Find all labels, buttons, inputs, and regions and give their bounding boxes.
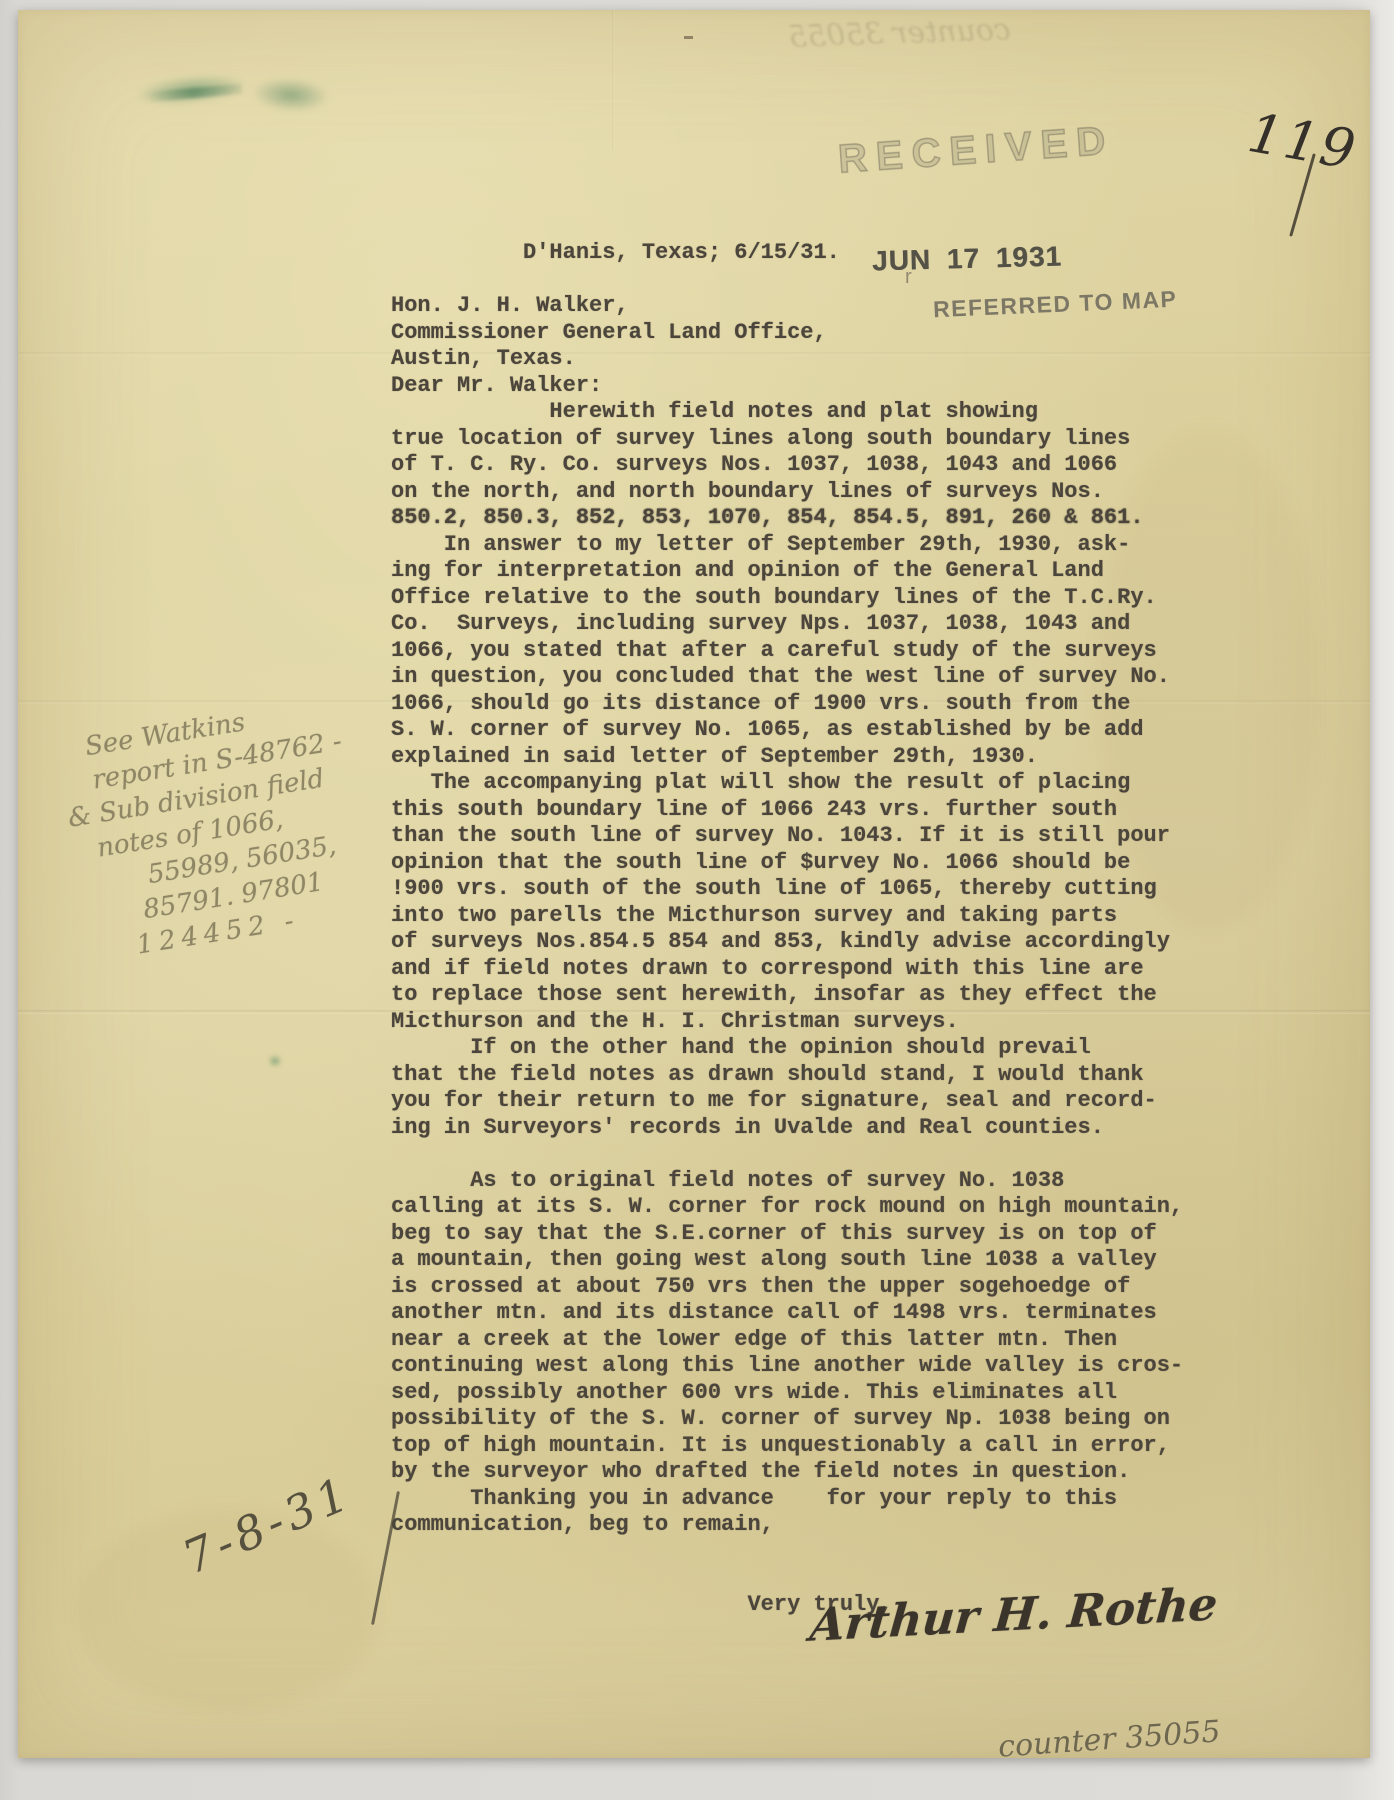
text-line: communication, beg to remain, <box>391 1512 1183 1539</box>
text-line: that the field notes as drawn should sta… <box>391 1062 1183 1089</box>
text-line: Herewith field notes and plat showing <box>391 399 1183 426</box>
text-line: In answer to my letter of September 29th… <box>391 532 1183 559</box>
text-line: is crossed at about 750 vrs then the upp… <box>391 1274 1183 1301</box>
text-line: Dear Mr. Walker: <box>391 373 1183 400</box>
text-line: If on the other hand the opinion should … <box>391 1035 1183 1062</box>
text-line: 850.2, 850.3, 852, 853, 1070, 854, 854.5… <box>391 505 1183 532</box>
text-line: Commissioner General Land Office, <box>391 320 1183 347</box>
text-line: D'Hanis, Texas; 6/15/31. <box>391 240 1183 267</box>
text-line: to replace those sent herewith, insofar … <box>391 982 1183 1009</box>
text-line: than the south line of survey No. 1043. … <box>391 823 1183 850</box>
text-line: Micthurson and the H. I. Christman surve… <box>391 1009 1183 1036</box>
text-line: you for their return to me for signature… <box>391 1088 1183 1115</box>
text-line: Austin, Texas. <box>391 346 1183 373</box>
stray-ink-dash <box>684 36 693 39</box>
text-line: Co. Surveys, including survey Nps. 1037,… <box>391 611 1183 638</box>
margin-note: See Watkinsreport in S-48762 -& Sub divi… <box>55 685 408 970</box>
text-line: !900 vrs. south of the south line of 106… <box>391 876 1183 903</box>
text-line: this south boundary line of 1066 243 vrs… <box>391 797 1183 824</box>
text-line: true location of survey lines along sout… <box>391 426 1183 453</box>
letter-body: D'Hanis, Texas; 6/15/31.Hon. J. H. Walke… <box>391 240 1183 1618</box>
text-line: of surveys Nos.854.5 854 and 853, kindly… <box>391 929 1183 956</box>
text-line: possibility of the S. W. corner of surve… <box>391 1406 1183 1433</box>
text-line <box>391 1539 1183 1566</box>
text-line: 1066, should go its distance of 1900 vrs… <box>391 691 1183 718</box>
text-line: top of high mountain. It is unquestionab… <box>391 1433 1183 1460</box>
text-line: another mtn. and its distance call of 14… <box>391 1300 1183 1327</box>
text-line: on the north, and north boundary lines o… <box>391 479 1183 506</box>
text-line: calling at its S. W. corner for rock mou… <box>391 1194 1183 1221</box>
fold-crease <box>612 10 615 150</box>
text-line <box>391 1141 1183 1168</box>
text-line: by the surveyor who drafted the field no… <box>391 1459 1183 1486</box>
text-line: of T. C. Ry. Co. surveys Nos. 1037, 1038… <box>391 452 1183 479</box>
text-line <box>391 267 1183 294</box>
text-line: sed, possibly another 600 vrs wide. This… <box>391 1380 1183 1407</box>
text-line: near a creek at the lower edge of this l… <box>391 1327 1183 1354</box>
text-line: a mountain, then going west along south … <box>391 1247 1183 1274</box>
bleed-through-text: counter 35055 <box>787 12 1011 55</box>
text-line: beg to say that the S.E.corner of this s… <box>391 1221 1183 1248</box>
text-line: into two parells the Micthurson survey a… <box>391 903 1183 930</box>
letter-document: counter 35055 119 RECEIVED JUN 17 1931 R… <box>18 10 1370 1758</box>
received-stamp: RECEIVED <box>837 118 1116 182</box>
text-line: ing in Surveyors' records in Uvalde and … <box>391 1115 1183 1142</box>
text-line: Hon. J. H. Walker, <box>391 293 1183 320</box>
green-smudge <box>268 1055 282 1067</box>
text-line: The accompanying plat will show the resu… <box>391 770 1183 797</box>
text-line: continuing west along this line another … <box>391 1353 1183 1380</box>
text-line: explained in said letter of September 29… <box>391 744 1183 771</box>
counter-number-annotation: counter 35055 <box>997 1714 1222 1764</box>
text-line: S. W. corner of survey No. 1065, as esta… <box>391 717 1183 744</box>
text-line: in question, you concluded that the west… <box>391 664 1183 691</box>
green-smudge <box>251 75 331 114</box>
text-line: Thanking you in advance for your reply t… <box>391 1486 1183 1513</box>
text-line: opinion that the south line of $urvey No… <box>391 850 1183 877</box>
page-number-annotation: 119 <box>1243 101 1361 182</box>
text-line: ing for interpretation and opinion of th… <box>391 558 1183 585</box>
text-line: As to original field notes of survey No.… <box>391 1168 1183 1195</box>
text-line: and if field notes drawn to correspond w… <box>391 956 1183 983</box>
text-line: 1066, you stated that after a careful st… <box>391 638 1183 665</box>
text-line: Office relative to the south boundary li… <box>391 585 1183 612</box>
